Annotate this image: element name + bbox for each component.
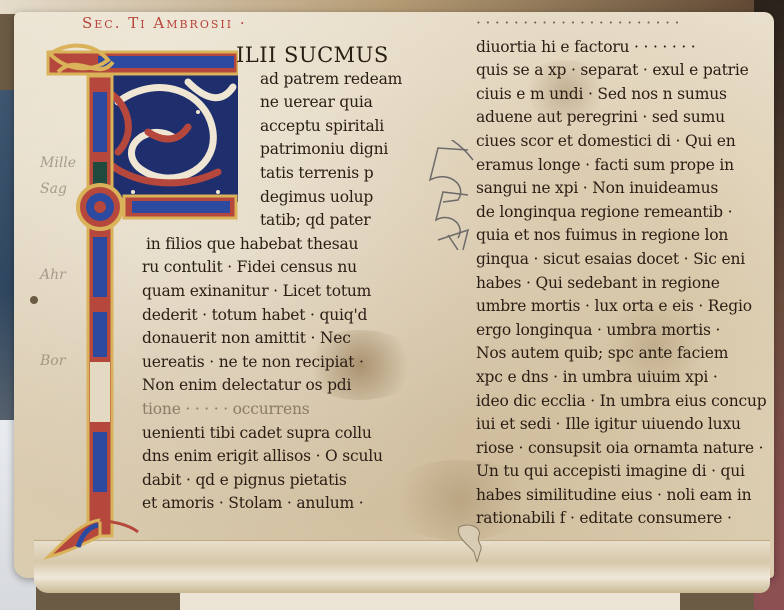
text-line: · · · · · · · · · · · · · · · · · · · · … <box>476 12 766 36</box>
text-line: patrimoniu digni <box>142 138 402 162</box>
text-column-right: · · · · · · · · · · · · · · · · · · · · … <box>476 12 766 531</box>
text-line: ILII SUCMUS <box>142 44 402 68</box>
text-line: ginqua · sicut esaias docet · Sic eni <box>476 248 766 272</box>
text-line: dabit · qd e pignus pietatis <box>142 469 402 493</box>
margin-note: Bor <box>40 348 100 374</box>
text-line: umbre mortis · lux orta e eis · Regio <box>476 295 766 319</box>
text-line: donauerit non amittit · Nec <box>142 327 402 351</box>
text-line: ciues scor et domestici di · Qui en <box>476 130 766 154</box>
text-line: tatib; qd pater <box>142 209 402 233</box>
margin-note: Sag <box>40 176 100 202</box>
text-line: rationabili f · editate consumere · <box>476 507 766 531</box>
text-line: et amoris · Stolam · anulum · <box>142 492 402 516</box>
text-line: ne uerear quia <box>142 91 402 115</box>
text-line: ideo dic ecclia · In umbra eius concup <box>476 390 766 414</box>
text-line: ergo longinqua · umbra mortis · <box>476 319 766 343</box>
text-line: in filios que habebat thesau <box>142 233 402 257</box>
text-line: Un tu qui accepisti imagine di · qui <box>476 460 766 484</box>
text-line: uenienti tibi cadet supra collu <box>142 422 402 446</box>
text-line: de longinqua regione remeantib · <box>476 201 766 225</box>
text-line: degimus uolup <box>142 186 402 210</box>
text-line: aduene aut peregrini · sed sumu <box>476 106 766 130</box>
text-line: eramus longe · facti sum prope in <box>476 154 766 178</box>
text-line: ciuis e m undi · Sed nos n sumus <box>476 83 766 107</box>
text-column-left: ILII SUCMUS ad patrem redeam ne uerear q… <box>142 44 402 516</box>
text-line: quam exinanitur · Licet totum <box>142 280 402 304</box>
text-line: Non enim delectatur os pdi <box>142 374 402 398</box>
text-line: ad patrem redeam <box>142 68 402 92</box>
parchment-hole <box>30 296 38 304</box>
text-line: tione · · · · · occurrens <box>142 398 402 422</box>
text-line: habes · Qui sedebant in regione <box>476 272 766 296</box>
text-line: riose · consupsit oia ornamta nature · <box>476 437 766 461</box>
margin-note: Mille <box>40 150 100 176</box>
text-line: quia et nos fuimus in regione lon <box>476 224 766 248</box>
text-line: xpc e dns · in umbra uiuim xpi · <box>476 366 766 390</box>
rubric-heading: Sec. Ti Ambrosii · <box>82 14 247 32</box>
text-line: acceptu spiritali <box>142 115 402 139</box>
text-line: sangui ne xpi · Non inuideamus <box>476 177 766 201</box>
text-line: diuortia hi e factoru · · · · · · · <box>476 36 766 60</box>
text-line: ru contulit · Fidei census nu <box>142 256 402 280</box>
text-line: dns enim erigit allisos · O sculu <box>142 445 402 469</box>
text-line: tatis terrenis p <box>142 162 402 186</box>
text-line: habes similitudine eius · noli eam in <box>476 484 766 508</box>
text-line: quis se a xp · separat · exul e patrie <box>476 59 766 83</box>
text-line: dederit · totum habet · quiq'd <box>142 304 402 328</box>
text-line: iui et sedi · Ille igitur uiuendo luxu <box>476 413 766 437</box>
text-line: uereatis · ne te non recipiat · <box>142 351 402 375</box>
text-line: Nos autem quib; spc ante faciem <box>476 342 766 366</box>
margin-note: Ahr <box>40 262 100 288</box>
margin-annotations: Mille Sag Ahr Bor <box>40 150 100 370</box>
